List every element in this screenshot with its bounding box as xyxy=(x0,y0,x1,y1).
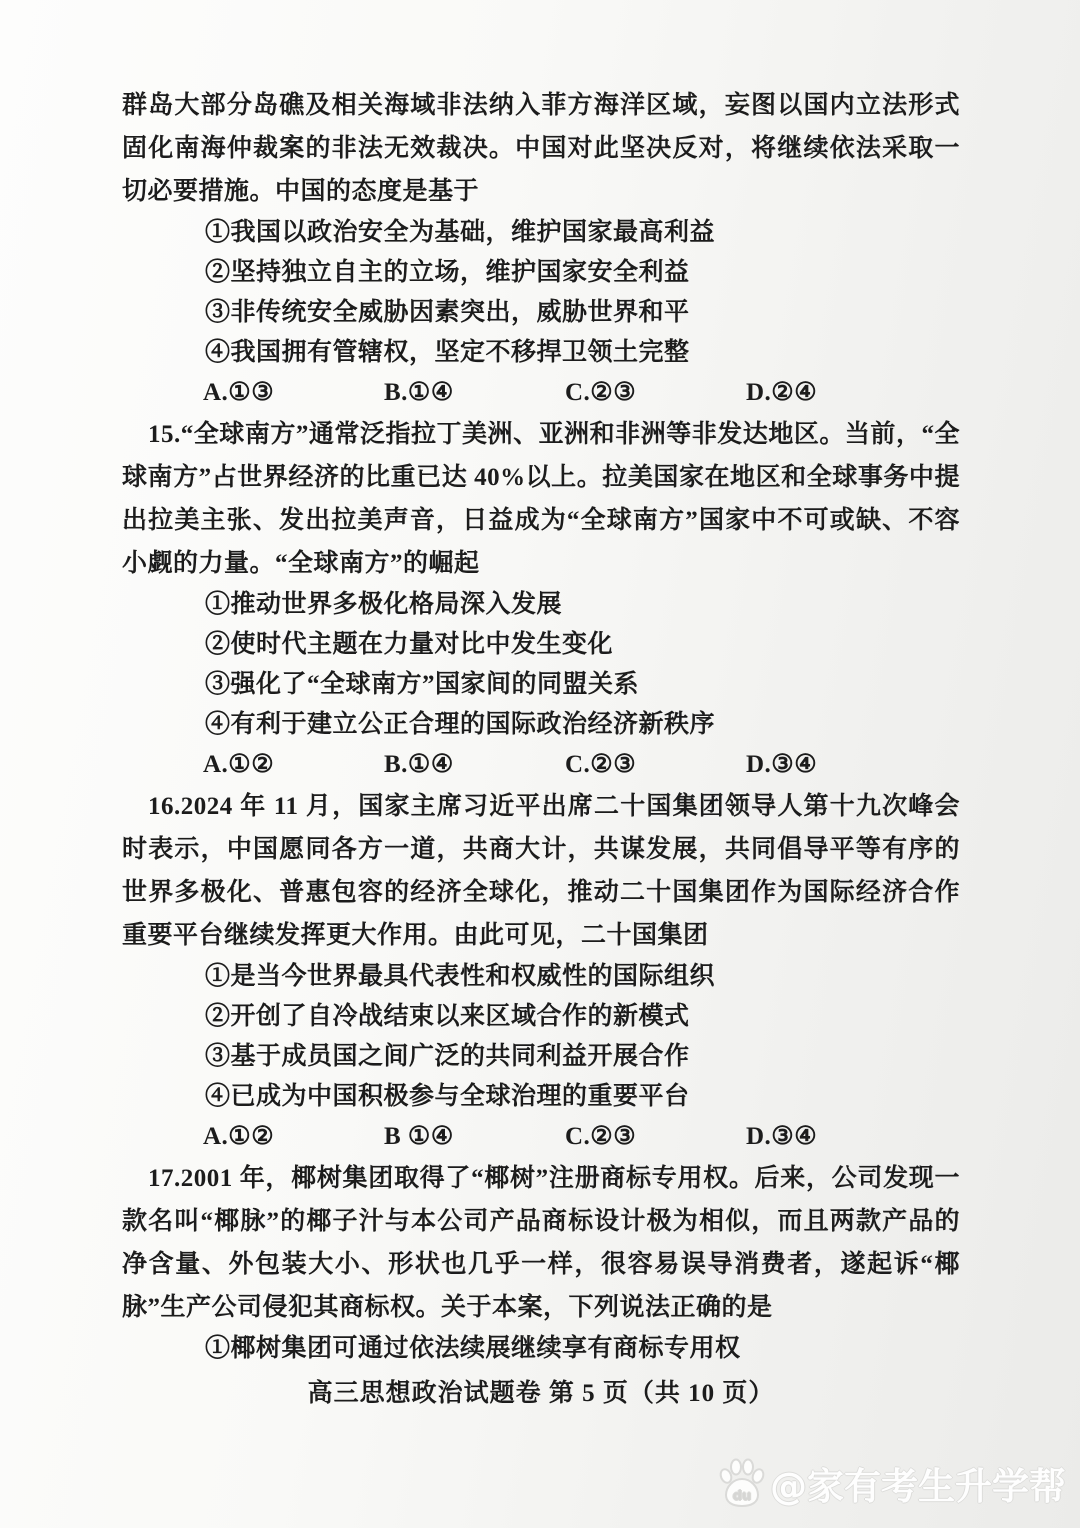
question-17-option-1: ①椰树集团可通过依法续展继续享有商标专用权 xyxy=(205,1329,960,1369)
question-14-choice-d: D.②④ xyxy=(746,373,817,413)
question-16-stem: 16.2024 年 11 月，国家主席习近平出席二十国集团领导人第十九次峰会时表… xyxy=(122,785,960,957)
question-16-answer-choices: A.①② B ①④ C.②③ D.③④ xyxy=(203,1117,960,1157)
question-17: 17.2001 年，椰树集团取得了“椰树”注册商标专用权。后来，公司发现一款名叫… xyxy=(122,1157,960,1369)
question-15-option-3: ③强化了“全球南方”国家间的同盟关系 xyxy=(205,665,960,705)
question-15-choice-b: B.①④ xyxy=(384,745,565,785)
question-16-choice-d: D.③④ xyxy=(746,1117,817,1157)
question-14-option-1: ①我国以政治安全为基础，维护国家最高利益 xyxy=(205,213,960,253)
paw-du-label: du xyxy=(733,1489,752,1504)
question-14-choice-a: A.①③ xyxy=(203,373,384,413)
question-15-answer-choices: A.①② B.①④ C.②③ D.③④ xyxy=(203,745,960,785)
question-14-option-2: ②坚持独立自主的立场，维护国家安全利益 xyxy=(205,253,960,293)
watermark-text: @家有考生升学帮 xyxy=(770,1456,1066,1510)
exam-page: 群岛大部分岛礁及相关海域非法纳入菲方海洋区域，妄图以国内立法形式固化南海仲裁案的… xyxy=(0,0,1080,1415)
question-16: 16.2024 年 11 月，国家主席习近平出席二十国集团领导人第十九次峰会时表… xyxy=(122,785,960,1157)
question-16-option-4: ④已成为中国积极参与全球治理的重要平台 xyxy=(205,1077,960,1117)
question-14-option-3: ③非传统安全威胁因素突出，威胁世界和平 xyxy=(205,293,960,333)
question-16-option-1: ①是当今世界最具代表性和权威性的国际组织 xyxy=(205,957,960,997)
question-15-option-2: ②使时代主题在力量对比中发生变化 xyxy=(205,625,960,665)
question-14-option-4: ④我国拥有管辖权，坚定不移捍卫领土完整 xyxy=(205,333,960,373)
question-14-stem: 群岛大部分岛礁及相关海域非法纳入菲方海洋区域，妄图以国内立法形式固化南海仲裁案的… xyxy=(122,84,960,213)
question-15-choice-a: A.①② xyxy=(203,745,384,785)
question-16-choice-a: A.①② xyxy=(203,1117,384,1157)
question-14-choice-c: C.②③ xyxy=(565,373,746,413)
question-16-option-2: ②开创了自冷战结束以来区域合作的新模式 xyxy=(205,997,960,1037)
question-15-option-1: ①推动世界多极化格局深入发展 xyxy=(205,585,960,625)
question-16-option-3: ③基于成员国之间广泛的共同利益开展合作 xyxy=(205,1037,960,1077)
question-15-stem: 15.“全球南方”通常泛指拉丁美洲、亚洲和非洲等非发达地区。当前，“全球南方”占… xyxy=(122,413,960,585)
question-16-choice-b: B ①④ xyxy=(384,1117,565,1157)
baidu-paw-icon: du xyxy=(717,1457,767,1509)
page-footer: 高三思想政治试题卷 第 5 页（共 10 页） xyxy=(122,1373,960,1415)
question-14-choice-b: B.①④ xyxy=(384,373,565,413)
question-16-choice-c: C.②③ xyxy=(565,1117,746,1157)
question-15-option-4: ④有利于建立公正合理的国际政治经济新秩序 xyxy=(205,705,960,745)
question-15-choice-c: C.②③ xyxy=(565,745,746,785)
question-15-choice-d: D.③④ xyxy=(746,745,817,785)
question-14-answer-choices: A.①③ B.①④ C.②③ D.②④ xyxy=(203,373,960,413)
question-17-stem: 17.2001 年，椰树集团取得了“椰树”注册商标专用权。后来，公司发现一款名叫… xyxy=(122,1157,960,1329)
question-14: 群岛大部分岛礁及相关海域非法纳入菲方海洋区域，妄图以国内立法形式固化南海仲裁案的… xyxy=(122,84,960,413)
question-15: 15.“全球南方”通常泛指拉丁美洲、亚洲和非洲等非发达地区。当前，“全球南方”占… xyxy=(122,413,960,785)
watermark: du @家有考生升学帮 xyxy=(717,1456,1066,1510)
